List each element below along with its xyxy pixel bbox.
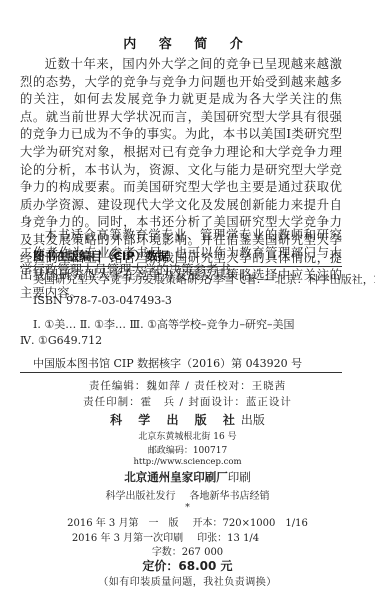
publisher-zip: 邮政编码：100717 [0, 443, 375, 456]
publisher-url: http://www.sciencep.com [0, 457, 375, 467]
separator-star: * [0, 503, 375, 513]
copyright-page: 内 容 简 介 近数十年来，国内外大学之间的竞争已呈现越来越激烈的态势，大学的竞… [0, 0, 375, 601]
printer-line: 北京通州皇家印刷厂印刷 [0, 469, 375, 485]
cip-classification-number: Ⅳ. ①G649.712 [20, 334, 102, 347]
edition: 2016 年 3 月第 一 版 [67, 518, 178, 529]
cip-top-rule [20, 266, 342, 267]
publisher-suffix: 出版 [241, 413, 265, 427]
distributor: 科学出版社发行 [106, 491, 176, 502]
cip-heading: 图书在版编目（CIP）数据 [33, 248, 169, 264]
editor-credits: 责任编辑：魏如萍 / 责任校对：王晓茜 [0, 378, 375, 393]
printing-line: 2016 年 3 月第一次印刷印张：13 1/4 [0, 529, 353, 544]
cip-bottom-rule [20, 372, 342, 373]
cip-record-number: 中国版本图书馆 CIP 数据核字（2016）第 043920 号 [33, 355, 302, 371]
distribution-line: 科学出版社发行各地新华书店经销 [0, 487, 375, 502]
publisher-address: 北京东黄城根北街 16 号 [0, 429, 375, 442]
publisher-line: 科 学 出 版 社出版 [0, 411, 375, 428]
price: 定价：68.00 元 [0, 557, 375, 574]
cip-isbn: ISBN 978-7-03-047493-3 [33, 294, 172, 307]
quality-notice: （如有印装质量问题，我社负责调换） [0, 573, 375, 588]
format: 开本：720×1000 1/16 [192, 518, 307, 529]
printer-suffix: 印刷 [228, 470, 251, 484]
cip-bibliographic-line: 美国研究型大学竞争力发展策略研究/李雪飞著. —北京：科学出版社，2016 [33, 271, 375, 287]
edition-line: 2016 年 3 月第 一 版开本：720×1000 1/16 [0, 514, 375, 529]
retailer: 各地新华书店经销 [190, 491, 270, 502]
printer-name: 北京通州皇家印刷厂 [124, 470, 228, 484]
summary-title: 内 容 简 介 [0, 33, 375, 52]
design-credits: 责任印制：霍 兵 / 封面设计：蓝正设计 [0, 394, 375, 409]
cip-classification-line: Ⅰ. ①美… Ⅱ. ①李… Ⅲ. ①高等学校–竞争力–研究–美国 [33, 316, 295, 332]
publisher-name: 科 学 出 版 社 [110, 413, 241, 427]
word-count: 字数：267 000 [0, 543, 375, 558]
